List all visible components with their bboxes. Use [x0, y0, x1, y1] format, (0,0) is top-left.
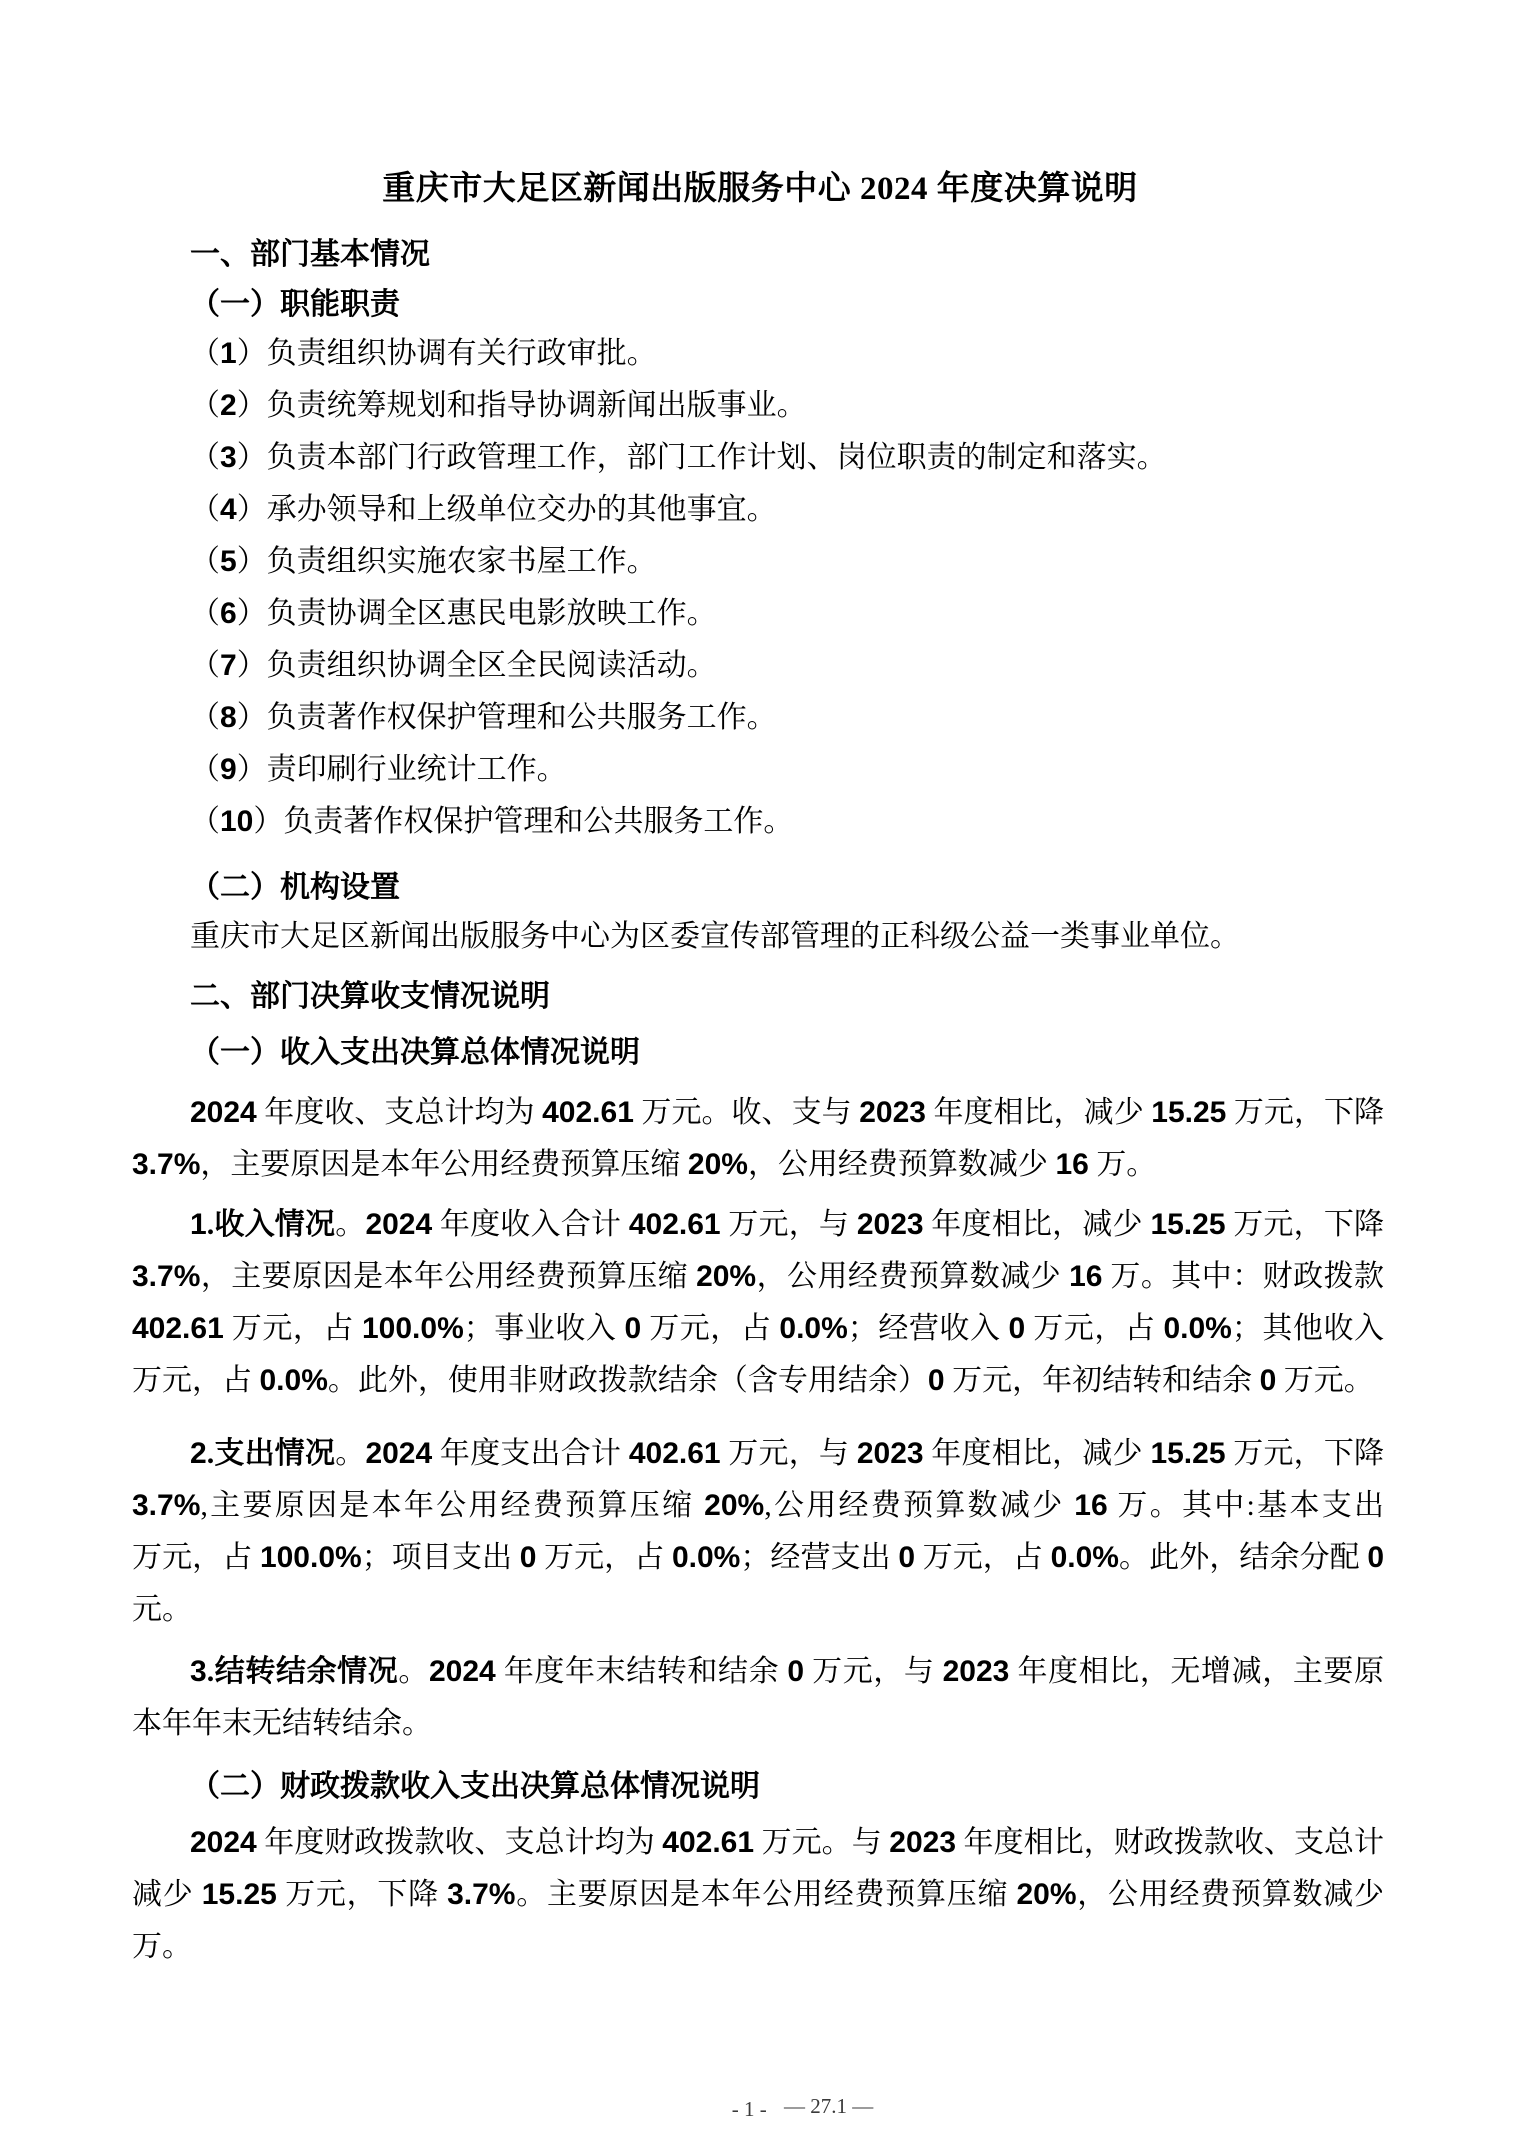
heading-level-2: （二）财政拨款收入支出决算总体情况说明 — [132, 1761, 1384, 1813]
numeric-value: 1 — [220, 337, 237, 370]
paragraph: 2024 年度财政拨款收、支总计均为 402.61 万元。与 2023 年度相比… — [132, 1817, 1384, 1973]
numeric-value: 402.61 — [662, 1826, 754, 1859]
list-item: （7）负责组织协调全区全民阅读活动。 — [132, 640, 1384, 692]
numeric-value: 3.7% — [447, 1878, 515, 1911]
numeric-value: 0 — [928, 1364, 945, 1397]
paragraph: 重庆市大足区新闻出版服务中心为区委宣传部管理的正科级公益一类事业单位。 — [132, 911, 1384, 963]
numeric-value: 402.61 — [629, 1437, 721, 1470]
numeric-value: 15.25 — [202, 1878, 277, 1911]
paragraph: 2024 年度收、支总计均为 402.61 万元。收、支与 2023 年度相比，… — [132, 1087, 1384, 1191]
numeric-value: 16 — [1069, 1260, 1102, 1293]
numeric-value: 0 — [624, 1312, 641, 1345]
list-item: （3）负责本部门行政管理工作，部门工作计划、岗位职责的制定和落实。 — [132, 432, 1384, 484]
paragraph: 2.支出情况。2024 年度支出合计 402.61 万元，与 2023 年度相比… — [132, 1428, 1384, 1636]
numeric-value: 0 — [1367, 1541, 1384, 1574]
footer-note: — 27.1 — — [784, 2094, 873, 2118]
numeric-value: 3.7% — [132, 1260, 200, 1293]
numeric-value: 3 — [220, 441, 237, 474]
numeric-value: 5 — [220, 545, 237, 578]
heading-level-2: （一）收入支出决算总体情况说明 — [132, 1027, 1384, 1079]
numeric-value: 3.7% — [132, 1489, 200, 1522]
list-item: （5）负责组织实施农家书屋工作。 — [132, 536, 1384, 588]
numeric-value: 2023 — [857, 1208, 924, 1241]
paragraph-line: 3.7%，主要原因是本年公用经费预算压缩 20%，公用经费预算数减少 16 万。 — [132, 1139, 1384, 1191]
numeric-value: 402.61 — [542, 1096, 634, 1129]
numeric-value: 15.25 — [1151, 1096, 1226, 1129]
page-footer: - 1 - — 27.1 — — [0, 2094, 1520, 2118]
numeric-value: 2024 — [365, 1208, 432, 1241]
paragraph-line: 402.61 万元，占 100.0%；事业收入 0 万元，占 0.0%；经营收入… — [132, 1303, 1384, 1355]
numeric-value: 20% — [696, 1260, 756, 1293]
numeric-value: 1 — [190, 1208, 207, 1241]
paragraph-line: 元。 — [132, 1584, 1384, 1636]
numeric-value: 0 — [1260, 1364, 1277, 1397]
numeric-value: 0.0% — [1163, 1312, 1231, 1345]
paragraph-line: 2.支出情况。2024 年度支出合计 402.61 万元，与 2023 年度相比… — [132, 1428, 1384, 1480]
list-item: （1）负责组织协调有关行政审批。 — [132, 328, 1384, 380]
paragraph-line: 万元，占 100.0%；项目支出 0 万元，占 0.0%；经营支出 0 万元，占… — [132, 1532, 1384, 1584]
numeric-value: 2023 — [889, 1826, 956, 1859]
document-title: 重庆市大足区新闻出版服务中心 2024 年度决算说明 — [0, 163, 1520, 215]
numeric-value: 2 — [190, 1437, 207, 1470]
numeric-value: 0.0% — [672, 1541, 740, 1574]
numeric-value: 16 — [1074, 1489, 1107, 1522]
numeric-value: 2024 — [365, 1437, 432, 1470]
list-item: （2）负责统筹规划和指导协调新闻出版事业。 — [132, 380, 1384, 432]
paragraph-line: 万元，占 0.0%。此外，使用非财政拨款结余（含专用结余）0 万元，年初结转和结… — [132, 1355, 1384, 1407]
bold-run-in-label: 3.结转结余情况 — [190, 1655, 398, 1688]
numeric-value: 0.0% — [779, 1312, 847, 1345]
numeric-value: 15.25 — [1150, 1437, 1225, 1470]
list-item: （4）承办领导和上级单位交办的其他事宜。 — [132, 484, 1384, 536]
numeric-value: 402.61 — [132, 1312, 224, 1345]
paragraph-line: 3.7%，主要原因是本年公用经费预算压缩 20%，公用经费预算数减少 16 万。… — [132, 1251, 1384, 1303]
bold-run-in-label: 2.支出情况 — [190, 1437, 335, 1470]
heading-level-2: （一）职能职责 — [132, 279, 1384, 331]
numeric-value: 2024 — [190, 1826, 257, 1859]
numeric-value: 2023 — [857, 1437, 924, 1470]
numeric-value: 100.0% — [362, 1312, 464, 1345]
numeric-value: 8 — [220, 701, 237, 734]
numeric-value: 20% — [704, 1489, 764, 1522]
paragraph-line: 万。 — [132, 1921, 1384, 1973]
list-item: （8）负责著作权保护管理和公共服务工作。 — [132, 692, 1384, 744]
numeric-value: 2 — [220, 389, 237, 422]
list-item: （6）负责协调全区惠民电影放映工作。 — [132, 588, 1384, 640]
numeric-value: 3 — [190, 1655, 207, 1688]
paragraph-line: 3.7%,主要原因是本年公用经费预算压缩 20%,公用经费预算数减少 16 万。… — [132, 1480, 1384, 1532]
paragraph: 3.结转结余情况。2024 年度年末结转和结余 0 万元，与 2023 年度相比… — [132, 1646, 1384, 1750]
numeric-value: 20% — [688, 1148, 748, 1181]
paragraph-line: 本年年末无结转结余。 — [132, 1698, 1384, 1750]
numeric-value: 10 — [220, 805, 253, 838]
numeric-value: 0 — [1009, 1312, 1026, 1345]
numeric-value: 0 — [787, 1655, 804, 1688]
paragraph-line: 3.结转结余情况。2024 年度年末结转和结余 0 万元，与 2023 年度相比… — [132, 1646, 1384, 1698]
bold-run-in-label: 1.收入情况 — [190, 1208, 335, 1241]
numeric-value: 2023 — [859, 1096, 926, 1129]
list-item: （10）负责著作权保护管理和公共服务工作。 — [132, 796, 1384, 848]
numeric-value: 2024 — [429, 1655, 496, 1688]
heading-level-2: （二）机构设置 — [132, 862, 1384, 914]
paragraph-line: 2024 年度收、支总计均为 402.61 万元。收、支与 2023 年度相比，… — [132, 1087, 1384, 1139]
numeric-value: 15.25 — [1150, 1208, 1225, 1241]
numeric-value: 0.0% — [260, 1364, 328, 1397]
heading-level-1: 二、部门决算收支情况说明 — [132, 971, 1384, 1023]
numeric-value: 100.0% — [260, 1541, 362, 1574]
numeric-value: 4 — [220, 493, 237, 526]
numeric-value: 16 — [1055, 1148, 1088, 1181]
numeric-value: 3.7% — [132, 1148, 200, 1181]
numeric-value: 402.61 — [629, 1208, 721, 1241]
numeric-value: 0 — [520, 1541, 537, 1574]
numeric-value: 2023 — [943, 1655, 1010, 1688]
numeric-value: 0 — [898, 1541, 915, 1574]
numeric-value: 6 — [220, 597, 237, 630]
numeric-value: 9 — [220, 753, 237, 786]
list-item: （9）责印刷行业统计工作。 — [132, 744, 1384, 796]
page-number: - 1 - — [732, 2097, 767, 2121]
paragraph: 1.收入情况。2024 年度收入合计 402.61 万元，与 2023 年度相比… — [132, 1199, 1384, 1407]
paragraph-line: 1.收入情况。2024 年度收入合计 402.61 万元，与 2023 年度相比… — [132, 1199, 1384, 1251]
paragraph-line: 2024 年度财政拨款收、支总计均为 402.61 万元。与 2023 年度相比… — [132, 1817, 1384, 1869]
paragraph-line: 重庆市大足区新闻出版服务中心为区委宣传部管理的正科级公益一类事业单位。 — [132, 911, 1384, 963]
numeric-value: 7 — [220, 649, 237, 682]
numeric-value: 0.0% — [1051, 1541, 1119, 1574]
numeric-value: 2024 — [190, 1096, 257, 1129]
paragraph-line: 减少 15.25 万元，下降 3.7%。主要原因是本年公用经费预算压缩 20%，… — [132, 1869, 1384, 1921]
heading-level-1: 一、部门基本情况 — [132, 229, 1384, 281]
numeric-value: 20% — [1016, 1878, 1076, 1911]
